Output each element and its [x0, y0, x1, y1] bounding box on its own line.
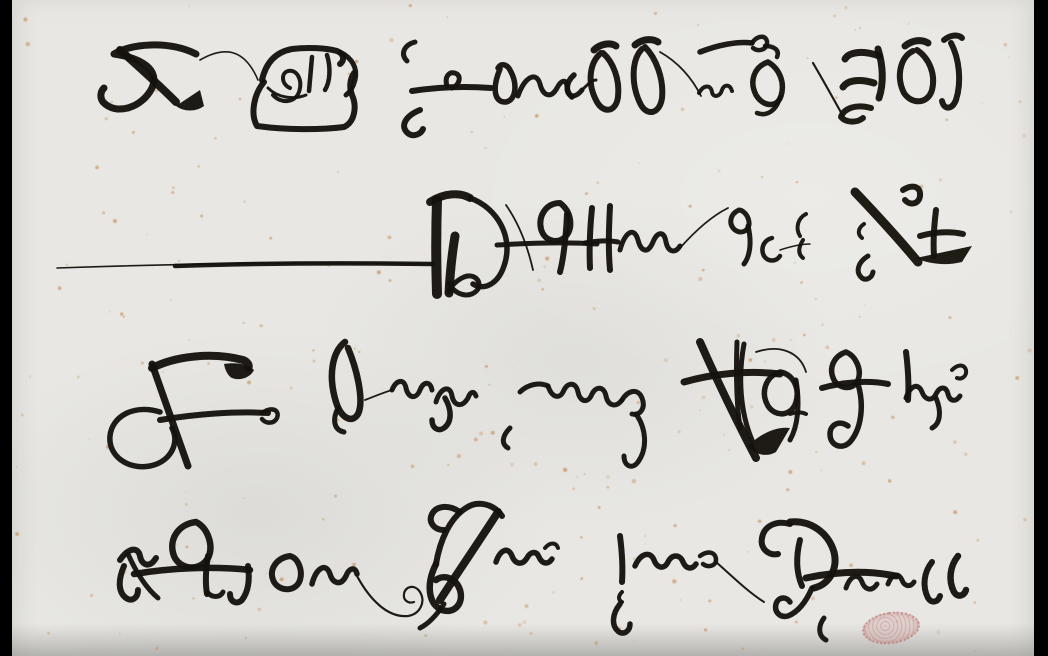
ink-stroke: [820, 618, 826, 640]
ink-stroke: [797, 540, 802, 586]
ink-stroke: [700, 553, 716, 567]
ink-stroke: [436, 200, 437, 294]
photo-frame: [0, 0, 1048, 656]
ink-stroke: [932, 398, 939, 428]
ink-stroke: [497, 243, 597, 245]
ink-stroke: [520, 384, 548, 392]
handwriting-line-2: [57, 187, 972, 295]
ink-stroke: [594, 44, 616, 50]
ink-stroke: [925, 562, 940, 602]
ink-stroke: [951, 556, 966, 596]
ink-stroke: [843, 80, 874, 87]
ink-stroke: [262, 409, 278, 422]
ink-stroke: [756, 349, 806, 372]
ink-stroke: [780, 244, 810, 250]
ink-stroke: [176, 90, 204, 111]
ink-stroke: [942, 43, 959, 108]
ink-stroke: [846, 576, 877, 589]
ink-stroke: [905, 41, 928, 46]
ink-stroke: [699, 86, 732, 96]
handwriting-line-4: [120, 504, 966, 640]
ink-stroke: [365, 390, 392, 400]
ink-stroke: [635, 40, 658, 45]
ink-stroke: [878, 49, 882, 98]
ink-stroke: [430, 194, 470, 202]
ink-stroke: [859, 224, 864, 238]
ink-stroke: [635, 554, 696, 568]
ink-stroke: [900, 50, 933, 101]
ink-stroke: [944, 36, 962, 40]
handwriting-ink: [0, 0, 1048, 656]
ink-stroke: [798, 214, 806, 236]
ink-stroke: [404, 110, 423, 135]
ink-stroke: [765, 46, 778, 57]
ink-stroke: [325, 55, 329, 90]
ink-stroke: [134, 568, 250, 574]
ink-stroke: [660, 52, 701, 96]
ink-stroke: [952, 366, 966, 379]
ink-stroke: [495, 65, 515, 102]
ink-stroke: [916, 246, 972, 264]
ink-stroke: [590, 208, 592, 268]
ink-stroke: [830, 384, 861, 446]
ink-stroke: [799, 240, 803, 258]
ink-stroke: [446, 73, 459, 88]
ink-stroke: [620, 232, 680, 251]
ink-stroke: [841, 106, 871, 121]
ink-stroke: [312, 568, 357, 584]
ink-stroke: [436, 389, 476, 405]
ink-stroke: [120, 550, 156, 565]
ink-stroke: [764, 372, 797, 414]
ink-stroke: [619, 592, 622, 602]
ink-stroke: [748, 428, 790, 455]
ink-stroke: [404, 42, 415, 61]
ink-stroke: [700, 42, 752, 52]
ink-stroke: [548, 384, 622, 405]
ink-stroke: [272, 556, 301, 589]
ink-stroke: [620, 536, 622, 582]
ink-stroke: [903, 187, 920, 204]
ink-stroke: [716, 562, 764, 602]
ink-stroke: [622, 391, 643, 414]
ink-stroke: [200, 52, 258, 80]
ink-stroke: [634, 47, 663, 112]
ink-stroke: [420, 604, 444, 628]
ink-stroke: [160, 412, 268, 420]
ink-stroke: [906, 386, 960, 400]
ink-stroke: [920, 232, 963, 236]
ink-stroke: [207, 592, 223, 597]
ink-stroke: [496, 550, 552, 563]
ink-stroke: [503, 428, 510, 448]
handwriting-line-1: [101, 36, 962, 136]
ink-stroke: [609, 206, 610, 270]
ink-stroke: [680, 208, 728, 248]
ink-stroke: [762, 523, 790, 555]
ink-stroke: [888, 575, 914, 586]
ink-stroke: [762, 238, 780, 261]
ink-stroke: [613, 604, 630, 633]
ink-stroke: [845, 52, 879, 59]
ink-stroke: [392, 381, 432, 396]
ink-stroke: [545, 544, 558, 549]
ink-stroke: [357, 576, 422, 616]
ink-stroke: [253, 73, 354, 129]
ink-stroke: [813, 63, 843, 116]
ink-stroke: [309, 57, 312, 91]
ink-stroke: [790, 413, 806, 415]
ink-stroke: [700, 342, 756, 458]
ink-stroke: [206, 556, 208, 594]
ink-stroke: [506, 205, 533, 270]
ink-stroke: [858, 256, 873, 279]
ink-stroke: [585, 241, 618, 243]
ink-stroke: [624, 414, 645, 466]
handwriting-line-3: [110, 342, 966, 467]
ink-stroke: [175, 263, 433, 266]
ink-stroke: [776, 588, 812, 616]
